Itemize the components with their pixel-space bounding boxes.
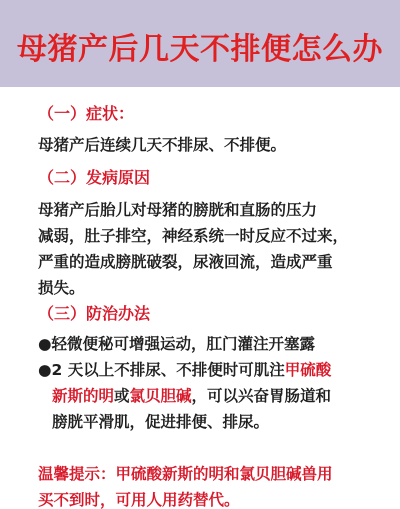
cause-text-line-3: 严重的造成膀胱破裂，尿液回流，造成严重 bbox=[38, 252, 333, 272]
drug-name-highlight: 氯贝胆碱 bbox=[130, 387, 192, 405]
cause-text-line-4: 损失。 bbox=[38, 278, 85, 298]
section-heading-symptoms: （一）症状： bbox=[38, 104, 134, 124]
tip-line-2: 买不到时，可用人用药替代。 bbox=[38, 490, 240, 509]
bullet-text: 轻微便秘可增强运动，肛门灌注开塞露 bbox=[52, 335, 316, 353]
bullet-icon: ● bbox=[38, 335, 52, 353]
cause-text-line-2: 减弱，肚子排空，神经系统一时反应不过来， bbox=[38, 226, 348, 246]
page-title: 母猪产后几天不排便怎么办 bbox=[0, 24, 400, 68]
tip-line-1: 温馨提示：甲硫酸新斯的明和氯贝胆碱兽用 bbox=[38, 464, 333, 484]
title-banner: 母猪产后几天不排便怎么办 bbox=[0, 0, 400, 87]
section-heading-treatment: （三）防治办法 bbox=[38, 304, 150, 324]
cause-text-line-1: 母猪产后胎儿对母猪的膀胱和直肠的压力 bbox=[38, 200, 317, 220]
bullet-item-1: ●轻微便秘可增强运动，肛门灌注开塞露 bbox=[38, 334, 315, 354]
bullet-item-2-line-2: 新斯的明或氯贝胆碱，可以兴奋胃肠道和 bbox=[52, 386, 331, 406]
bullet-item-2-line-3: 膀胱平滑肌，促进排便、排尿。 bbox=[52, 412, 269, 432]
symptoms-text: 母猪产后连续几天不排尿、不排便。 bbox=[38, 135, 286, 155]
drug-name-highlight: 新斯的明 bbox=[52, 387, 114, 405]
bullet-icon: ● bbox=[38, 361, 52, 379]
section-heading-cause: （二）发病原因 bbox=[38, 168, 150, 188]
bullet-text: 2 天以上不排尿、不排便时可肌注 bbox=[52, 361, 285, 379]
drug-name-highlight: 甲硫酸 bbox=[285, 361, 332, 379]
bullet-item-2: ●2 天以上不排尿、不排便时可肌注甲硫酸 bbox=[38, 360, 331, 380]
